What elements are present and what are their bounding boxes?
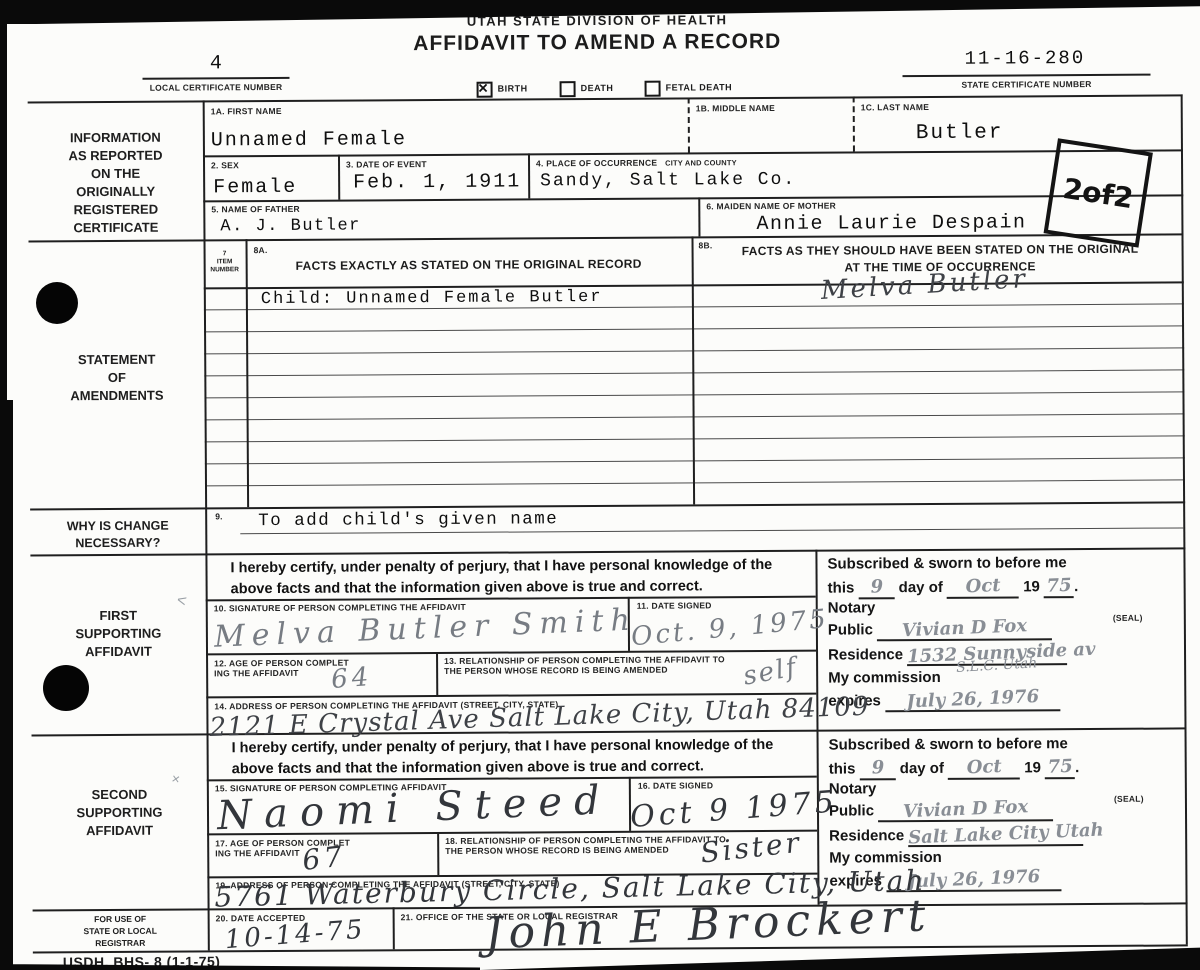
scanned-affidavit-document: UTAH STATE DIVISION OF HEALTH AFFIDAVIT … <box>0 0 1200 970</box>
rule-line <box>143 77 290 80</box>
date-of-event-value: Feb. 1, 1911 <box>353 170 521 194</box>
notary-residence-line2-1: S.L.C. Utah <box>956 655 1038 676</box>
amendment-original-value: Child: Unnamed Female Butler <box>261 288 603 309</box>
date-signed-label-1: 11. DATE SIGNED <box>637 600 712 610</box>
rule-line <box>437 832 439 875</box>
first-name-label: 1A. FIRST NAME <box>211 106 282 116</box>
why-item-number: 9. <box>215 511 223 521</box>
date-signed-value-1: Oct. 9, 1975 <box>630 604 830 652</box>
rule-line <box>688 97 690 152</box>
rule-line <box>853 96 855 151</box>
notary-public-line-1: Public Vivian D Fox <box>828 617 1052 641</box>
col-8a-number: 8A. <box>254 245 268 255</box>
commission-word-1a: My commission <box>828 669 941 687</box>
age-value-1: 64 <box>330 662 373 695</box>
section-label-registrar-use: FOR USE OF STATE OR LOCAL REGISTRAR <box>33 912 208 949</box>
seal-label-1: (SEAL) <box>1113 613 1143 623</box>
fetal-death-checkbox-label: FETAL DEATH <box>666 82 733 92</box>
father-label: 5. NAME OF FATHER <box>211 204 300 215</box>
rule-line <box>528 153 530 198</box>
date-signed-value-2: Oct 9 1975 <box>629 784 839 835</box>
rule-line <box>30 501 1185 510</box>
rule-line <box>393 907 395 949</box>
section-label-first-affidavit: FIRST SUPPORTING AFFIDAVIT <box>31 606 206 661</box>
middle-name-label: 1B. MIDDLE NAME <box>696 103 775 113</box>
notary-residence-fill-2: Salt Lake City Utah <box>908 823 1083 847</box>
relationship-label-1: 13. RELATIONSHIP OF PERSON COMPLETING TH… <box>444 655 744 676</box>
last-name-value: Butler <box>916 122 1004 146</box>
section-label-amendments: STATEMENT OF AMENDMENTS <box>29 350 204 405</box>
rule-line <box>691 236 695 504</box>
age-label-2-line2: ING THE AFFIDAVIT <box>215 848 300 859</box>
death-checkbox-label: DEATH <box>581 83 614 93</box>
last-name-label: 1C. LAST NAME <box>861 102 929 112</box>
certification-text-2: I hereby certify, under penalty of perju… <box>232 735 817 781</box>
relationship-value-1: self <box>741 652 800 691</box>
rule-line <box>245 239 249 507</box>
hole-punch <box>43 665 89 711</box>
notary-year-fill-1: 75 <box>1044 575 1074 598</box>
fetal-death-checkbox <box>645 81 661 97</box>
item-number-column-header: 7 ITEM NUMBER <box>204 250 246 274</box>
certification-text-1: I hereby certify, under penalty of perju… <box>230 555 815 601</box>
notary-expires-fill-1: July 26, 1976 <box>885 688 1060 712</box>
hole-punch <box>36 282 78 324</box>
date-of-event-label: 3. DATE OF EVENT <box>346 159 427 169</box>
local-certificate-label: LOCAL CERTIFICATE NUMBER <box>143 82 290 93</box>
state-certificate-number: 11-16-280 <box>902 47 1147 70</box>
rule-line <box>1181 94 1188 944</box>
seal-label-2: (SEAL) <box>1114 794 1144 804</box>
rule-line <box>203 194 1183 202</box>
section-label-original-info: INFORMATION AS REPORTED ON THE ORIGINALL… <box>28 128 204 237</box>
notary-day-fill-2: 9 <box>860 757 896 780</box>
scan-edge-left <box>0 400 13 970</box>
local-certificate-number: 4 <box>142 52 289 76</box>
rule-line <box>338 155 340 200</box>
notary-date-line-2: this 9 day of Oct 19 75. <box>829 756 1080 781</box>
notary-date-line-1: this 9 day of Oct 19 75. <box>828 575 1079 600</box>
affidavit-form: UTAH STATE DIVISION OF HEALTH AFFIDAVIT … <box>0 0 1200 970</box>
notary-name-fill-1: Vivian D Fox <box>877 617 1052 641</box>
state-certificate-label: STATE CERTIFICATE NUMBER <box>903 79 1151 91</box>
age-label-1: 12. AGE OF PERSON COMPLET <box>214 658 349 669</box>
rule-line <box>436 652 438 695</box>
sex-label: 2. SEX <box>211 160 239 170</box>
mother-value: Annie Laurie Despain <box>756 211 1026 236</box>
mother-label: 6. MAIDEN NAME OF MOTHER <box>706 201 836 212</box>
rule-line <box>815 550 819 905</box>
notary-public-line-2: Public Vivian D Fox <box>829 798 1053 822</box>
sex-value: Female <box>213 176 297 200</box>
col-8a-heading: FACTS EXACTLY AS STATED ON THE ORIGINAL … <box>246 256 692 273</box>
notary-year-fill-2: 75 <box>1045 756 1075 779</box>
section-label-why: WHY IS CHANGE NECESSARY? <box>30 517 205 552</box>
age-value-2: 67 <box>301 839 348 877</box>
date-signed-label-2: 16. DATE SIGNED <box>638 780 713 790</box>
page-count-stamp: 2of2 <box>1044 138 1153 247</box>
father-value: A. J. Butler <box>220 216 361 236</box>
age-label-1-line2: ING THE AFFIDAVIT <box>214 668 299 679</box>
birth-checkbox-label: BIRTH <box>498 83 528 93</box>
section-label-second-affidavit: SECOND SUPPORTING AFFIDAVIT <box>32 785 207 840</box>
birth-checkbox <box>477 82 493 98</box>
notary-name-fill-2: Vivian D Fox <box>878 798 1053 822</box>
place-value: Sandy, Salt Lake Co. <box>540 170 796 192</box>
why-value: To add child's given name <box>258 509 558 531</box>
notary-month-fill-1: Oct <box>947 575 1019 598</box>
first-name-value: Unnamed Female <box>211 128 407 152</box>
scan-edge-left <box>0 10 7 410</box>
notary-heading-1: Subscribed & sworn to before me <box>827 554 1066 572</box>
rule-line <box>698 197 700 236</box>
rule-line <box>903 74 1151 78</box>
notary-word-1a: Notary <box>828 599 876 616</box>
notary-residence-line-2: Residence Salt Lake City Utah <box>829 823 1083 848</box>
death-checkbox <box>560 81 576 97</box>
notary-heading-2: Subscribed & sworn to before me <box>829 735 1068 753</box>
rule-line <box>28 94 1183 103</box>
notary-day-fill-1: 9 <box>858 576 894 599</box>
place-label: 4. PLACE OF OCCURRENCE CITY AND COUNTY <box>536 157 737 168</box>
notary-month-fill-2: Oct <box>948 756 1020 779</box>
